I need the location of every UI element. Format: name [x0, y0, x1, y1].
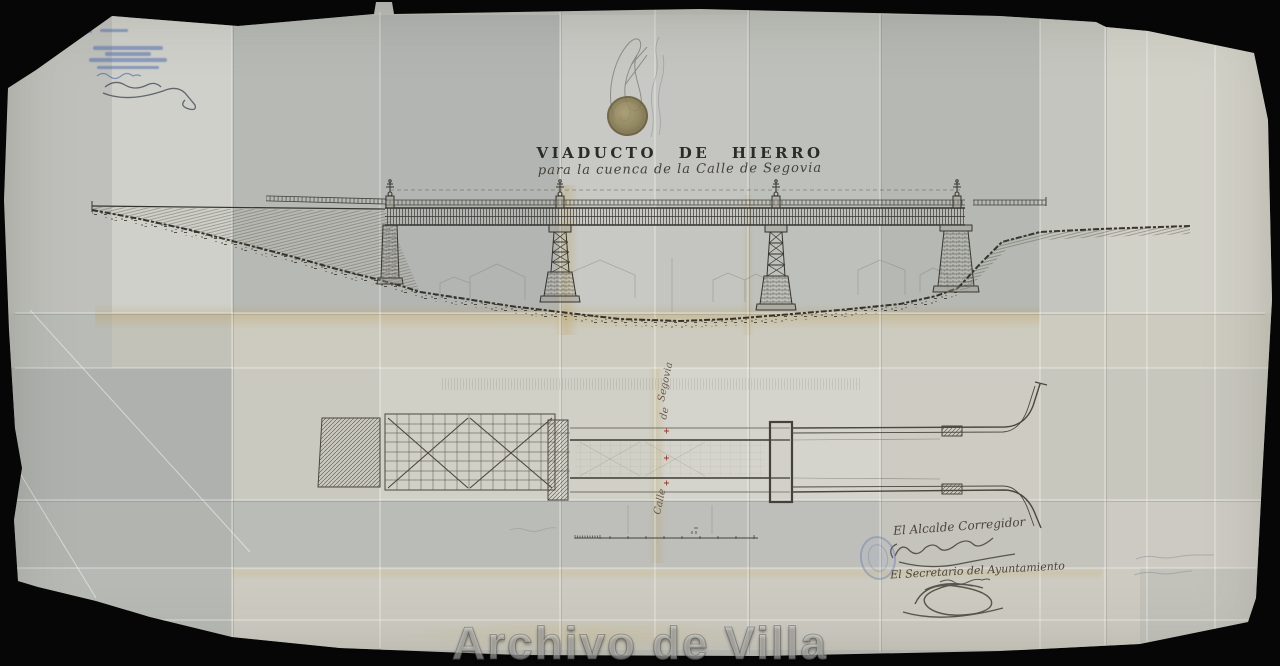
finial-icon — [772, 180, 780, 208]
drawing-title: VIADUCTO DE HIERRO — [520, 144, 840, 162]
plan-street-corridor — [570, 428, 790, 492]
plan-sheet: VIADUCTO DE HIERRO para la cuenca de la … — [0, 0, 1280, 666]
plan-street-right — [792, 382, 1047, 528]
elevation-drawing — [80, 180, 1200, 345]
registry-annotations — [75, 25, 195, 110]
deck-railing — [385, 200, 965, 205]
scale-bar — [575, 528, 758, 539]
pier-d — [933, 225, 979, 292]
pencil-note — [510, 528, 556, 532]
finial-icon — [386, 180, 394, 208]
plan-pier-strip — [548, 420, 568, 500]
right-approach-railing — [973, 197, 1046, 206]
right-embankment — [958, 226, 1190, 294]
valley-houses — [440, 258, 948, 312]
pier-c — [756, 225, 796, 310]
plan-pier-rect — [770, 422, 792, 502]
pier-b — [540, 225, 580, 302]
faint-note — [1128, 545, 1238, 590]
archival-photograph: VIADUCTO DE HIERRO para la cuenca de la … — [0, 0, 1280, 666]
drawing-subtitle: para la cuenca de la Calle de Segovia — [520, 161, 840, 179]
upper-wall-band — [440, 378, 860, 390]
left-approach-railing — [266, 196, 386, 204]
finial-icon — [556, 180, 564, 208]
street-label-de: de — [658, 406, 671, 420]
valley-ground-line — [420, 288, 958, 321]
finial-icon — [953, 180, 961, 208]
title-block: VIADUCTO DE HIERRO para la cuenca de la … — [520, 144, 840, 177]
plan-abutment — [318, 418, 380, 487]
plan-deck-lattice — [385, 414, 570, 490]
